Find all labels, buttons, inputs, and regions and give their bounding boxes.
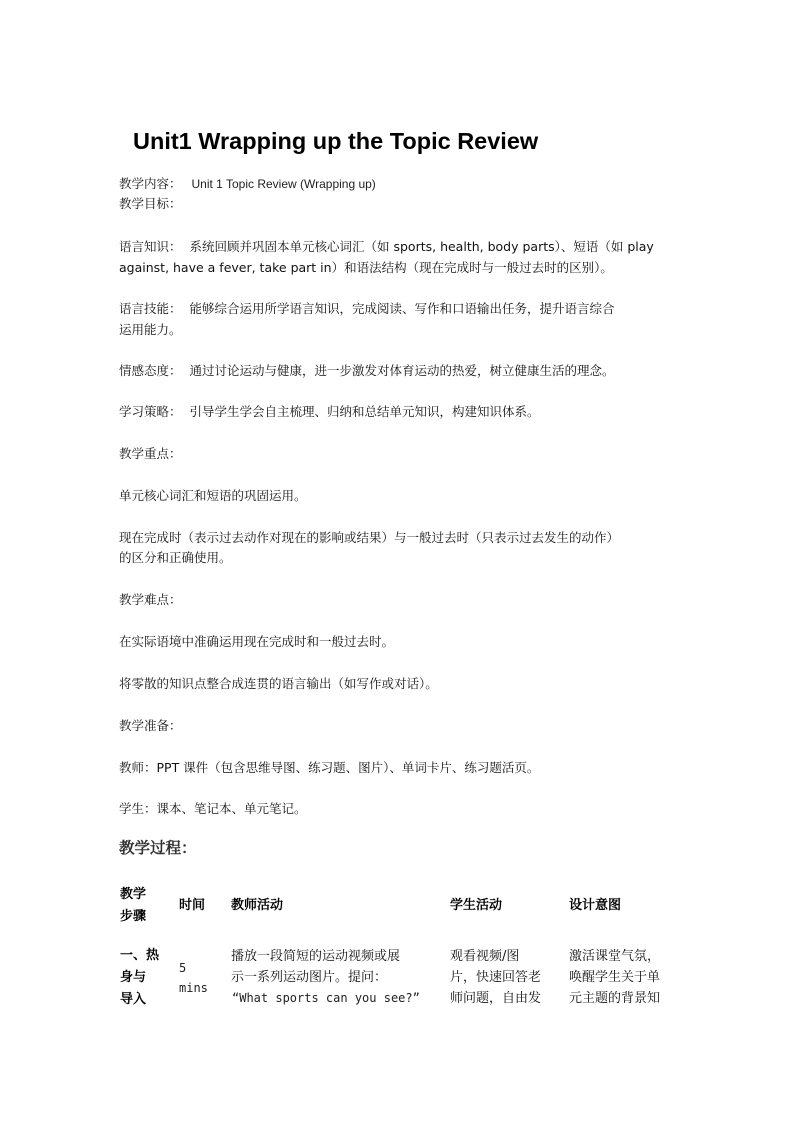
objective-skills-line1: 语言技能： 能够综合运用所学语言知识，完成阅读、写作和口语输出任务，提升语言综合: [119, 299, 615, 319]
objective-strategy: 学习策略： 引导学生学会自主梳理、归纳和总结单元知识，构建知识体系。: [119, 402, 540, 422]
preparation-teacher: 教师：PPT 课件（包含思维导图、练习题、图片）、单词卡片、练习题活页。: [119, 758, 539, 778]
header-student-activity: 学生活动: [450, 895, 502, 917]
preparation-student: 学生：课本、笔记本、单元笔记。: [119, 799, 307, 819]
header-time: 时间: [179, 895, 205, 917]
header-step: 教学 步骤: [120, 884, 146, 928]
row-step: 一、热 身与 导入: [120, 945, 159, 1011]
header-teacher-activity: 教师活动: [231, 895, 283, 917]
key-point-item-2-line1: 现在完成时（表示过去动作对现在的影响或结果）与一般过去时（只表示过去发生的动作）: [119, 528, 619, 548]
row-teacher-activity: 播放一段简短的运动视频或展 示一系列运动图片。提问： “What sports …: [231, 946, 420, 1009]
objective-skills-text: 能够综合运用所学语言知识，完成阅读、写作和口语输出任务，提升语言综合: [190, 301, 615, 316]
objective-attitude-text: 通过讨论运动与健康，进一步激发对体育运动的热爱，树立健康生活的理念。: [190, 363, 615, 378]
teaching-content-value: Unit 1 Topic Review (Wrapping up): [192, 177, 376, 191]
teaching-content: 教学内容： Unit 1 Topic Review (Wrapping up): [119, 174, 376, 194]
objective-attitude: 情感态度： 通过讨论运动与健康，进一步激发对体育运动的热爱，树立健康生活的理念。: [119, 361, 615, 381]
row-student-activity: 观看视频/图 片，快速回答老 师问题，自由发: [450, 946, 541, 1009]
process-heading: 教学过程：: [119, 836, 197, 858]
key-points-label: 教学重点：: [119, 444, 182, 464]
objective-knowledge-text: 系统回顾并巩固本单元核心词汇（如 sports, health, body pa…: [190, 239, 654, 254]
row-time: 5 mins: [179, 958, 208, 998]
preparation-label: 教学准备：: [119, 716, 182, 736]
objective-strategy-label: 学习策略：: [119, 404, 182, 419]
document-title: Unit1 Wrapping up the Topic Review: [133, 128, 538, 155]
difficulty-item-1: 在实际语境中准确运用现在完成时和一般过去时。: [119, 632, 394, 652]
objective-skills-label: 语言技能：: [119, 301, 182, 316]
key-point-item-2-line2: 的区分和正确使用。: [119, 548, 232, 568]
difficulties-label: 教学难点：: [119, 590, 182, 610]
objectives-label: 教学目标：: [119, 194, 182, 214]
key-point-item-1: 单元核心词汇和短语的巩固运用。: [119, 486, 307, 506]
objective-knowledge-line1: 语言知识： 系统回顾并巩固本单元核心词汇（如 sports, health, b…: [119, 237, 654, 257]
objective-knowledge-label: 语言知识：: [119, 239, 182, 254]
row-design-intent: 激活课堂气氛， 唤醒学生关于单 元主题的背景知: [569, 946, 660, 1009]
difficulty-item-2: 将零散的知识点整合成连贯的语言输出（如写作或对话）。: [119, 674, 438, 694]
header-design-intent: 设计意图: [569, 895, 621, 917]
objective-strategy-text: 引导学生学会自主梳理、归纳和总结单元知识，构建知识体系。: [190, 404, 540, 419]
objective-attitude-label: 情感态度：: [119, 363, 182, 378]
teaching-content-label: 教学内容：: [119, 176, 182, 191]
objective-skills-line2: 运用能力。: [119, 320, 182, 340]
objective-knowledge-line2: against, have a fever, take part in）和语法结…: [119, 258, 613, 278]
